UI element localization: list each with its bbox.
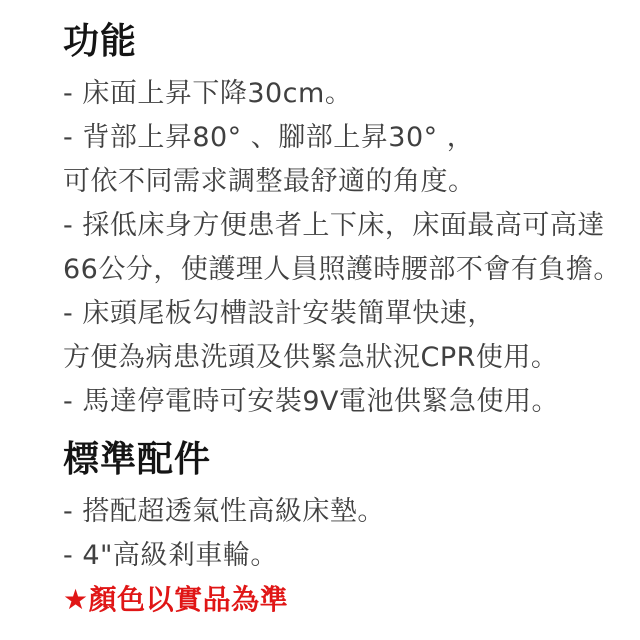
- color-disclaimer: ★顏色以實品為準: [63, 578, 620, 622]
- feature-line-low-bed-2: 66公分，使護理人員照護時腰部不會有負擔。: [63, 248, 620, 292]
- feature-line-headboard-1: - 床頭尾板勾槽設計安裝簡單快速，: [63, 292, 620, 336]
- section-heading-features: 功能: [63, 20, 620, 64]
- feature-line-bed-height: - 床面上昇下降30cm。: [63, 72, 620, 116]
- color-disclaimer-text: 顏色以實品為準: [89, 583, 289, 616]
- product-description-page: 功能 - 床面上昇下降30cm。 - 背部上昇80° 、腳部上昇30° ， 可依…: [0, 0, 640, 640]
- feature-line-headboard-2: 方便為病患洗頭及供緊急狀況CPR使用。: [63, 336, 620, 380]
- section-heading-accessories: 標準配件: [63, 438, 620, 482]
- feature-line-battery-backup: - 馬達停電時可安裝9V電池供緊急使用。: [63, 380, 620, 424]
- accessory-line-mattress: - 搭配超透氣性高級床墊。: [63, 490, 620, 534]
- feature-line-adjust-angle: 可依不同需求調整最舒適的角度。: [63, 160, 620, 204]
- feature-line-back-foot-raise: - 背部上昇80° 、腳部上昇30° ，: [63, 116, 620, 160]
- feature-line-low-bed-1: - 採低床身方便患者上下床，床面最高可高達: [63, 204, 620, 248]
- accessory-line-casters: - 4"高級剎車輪。: [63, 534, 620, 578]
- star-icon: ★: [63, 583, 89, 616]
